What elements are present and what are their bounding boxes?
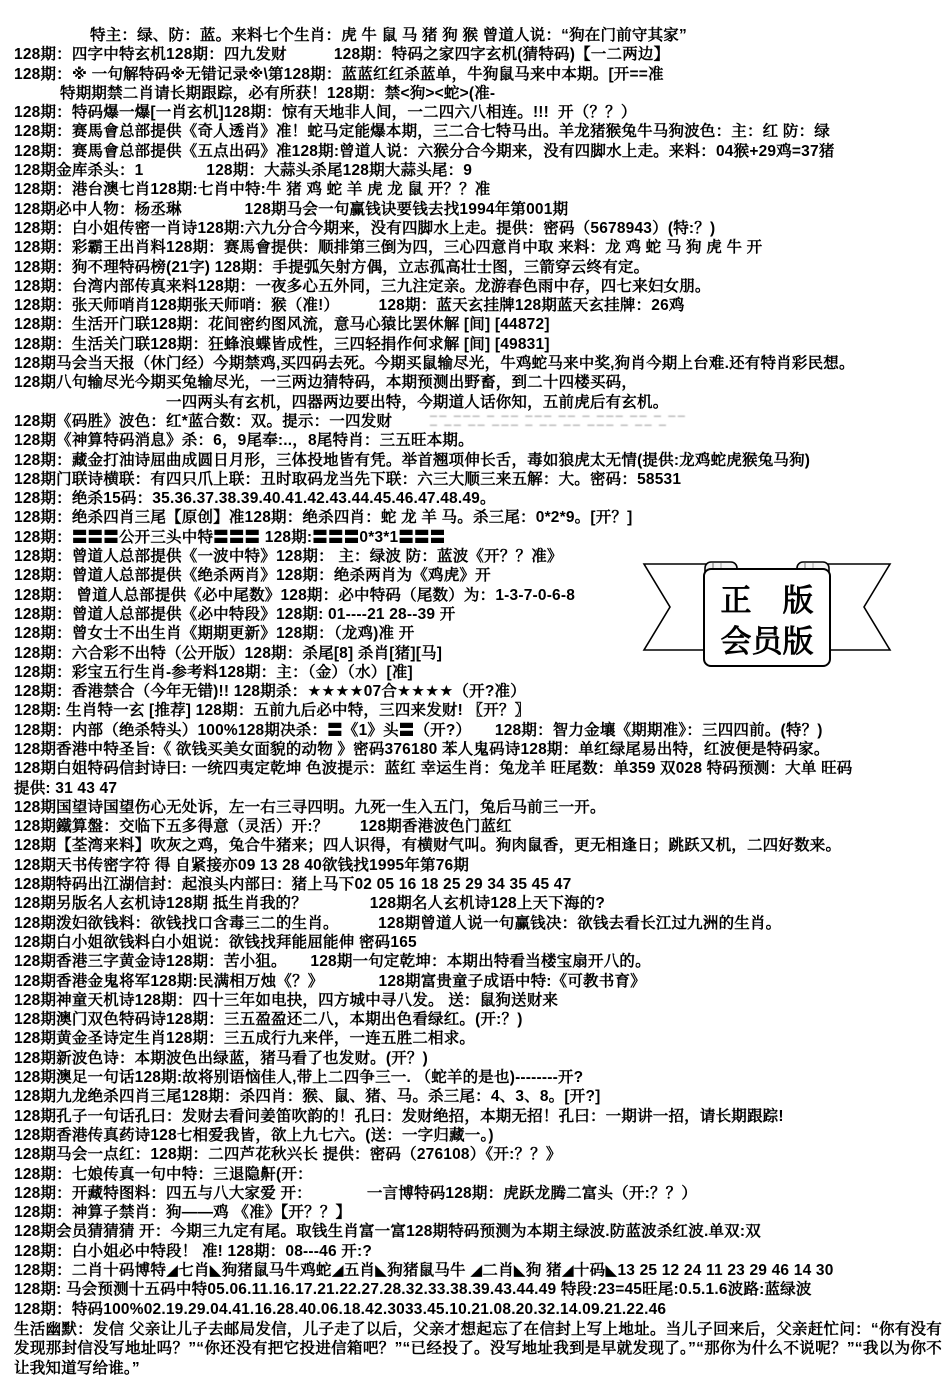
text-line: 128期：狗不理特码榜(21字) 128期：手提弧矢射方偶，立志孤高壮士图，三箭… <box>14 258 947 277</box>
text-line: 128期：香港禁合（今年无错)!! 128期杀：★★★★07合★★★★（开?准） <box>14 682 947 701</box>
text-line: 128期：开藏特图料：四五与八大家爱 开： 一言博特码128期：虎跃龙腾二富头（… <box>14 1184 947 1203</box>
text-line: 特期期禁二肖请长期跟踪，必有所获！128期：禁<狗><蛇>(准- <box>14 84 947 103</box>
text-line: 128期天书传密字符 得 自紧接亦09 13 28 40欲钱找1995年第76期 <box>14 856 947 875</box>
text-line: 128期：内部（绝杀特头）100%128期决杀：〓《1》头〓（开?） 128期：… <box>14 721 947 740</box>
text-line: 128期：四字中特玄机128期：四九发财 128期：特码之家四字玄机(猜特码)【… <box>14 45 947 64</box>
text-line: 128期香港金鬼将军128期:民满相万烛《？》 128期富贵童子成语中特:《可教… <box>14 972 947 991</box>
text-line: 128期特码出江湖信封：起浪头内部曰：猪上马下02 05 16 18 25 29… <box>14 875 947 894</box>
text-line: 128期门联诗横联：有四只爪上联：丑时取码龙当先下联：六三大顺三来五解：大。密码… <box>14 470 947 489</box>
text-line: 128期：白小姐必中特段！ 准! 128期：08---46 开:? <box>14 1242 947 1261</box>
text-line: 128期香港三字黄金诗128期：苦小狙。 128期一句定乾坤：本期出特看当楼宝扇… <box>14 952 947 971</box>
text-line: 128期国望诗国望伤心无处诉，左一右三寻四明。九死一生入五门，兔后马前三一开。 <box>14 798 947 817</box>
text-line: 128期：台湾内部传真来料128期：一夜多心五外同，三九注定亲。龙游春色雨中存，… <box>14 277 947 296</box>
text-line: 128期: 马会预测十五码中特05.06.11.16.17.21.22.27.2… <box>14 1280 947 1299</box>
text-line: 128期：白小姐传密一肖诗128期:六九分合今期来，没有四脚水上走。提供：密码（… <box>14 219 947 238</box>
text-line: 128期：藏金打油诗屈曲成圆日月形，三体投地皆有凭。举首翘项伸长舌，毒如狼虎太无… <box>14 451 947 470</box>
text-line: 128期：生活关门联128期：狂蜂浪蝶皆成性，三四轻捐作何求解 [间] [498… <box>14 335 947 354</box>
text-line: 128期：彩霸王出肖料128期：赛馬會提供：顺排第三倒为四，三心四意肖中取 来料… <box>14 238 947 257</box>
text-line: 128期澳足一句话128期:故将别语恼佳人,带上二四争三一. （蛇羊的是也)--… <box>14 1068 947 1087</box>
text-line: 128期澳门双色特码诗128期：三五盈盈还二八，本期出色看绿红。(开:？) <box>14 1010 947 1029</box>
text-line: 128期：绝杀15码：35.36.37.38.39.40.41.42.43.44… <box>14 489 947 508</box>
text-line: 一四两头有玄机，四器两边要出特，今期道人话你知，五前虎后有玄机。 <box>14 393 947 412</box>
text-line: 128期：绝杀四肖三尾【原创】准128期：绝杀四肖：蛇 龙 羊 马。杀三尾：0*… <box>14 508 947 527</box>
humor-paragraph: 生活幽默：发信 父亲让儿子去邮局发信，儿子走了以后，父亲才想起忘了在信封上写上地… <box>14 1320 942 1379</box>
text-line: 128期新波色诗：本期波色出绿蓝，猪马看了也发财。(开？) <box>14 1049 947 1068</box>
text-line: 128期神童天机诗128期：四十三年如电抉，四方城中寻八发。 送：鼠狗送财来 <box>14 991 947 1010</box>
text-line: 128期八句输尽光今期买兔输尽光，一三两边猜特码，本期预测出野畜，到二十四楼买码… <box>14 373 947 392</box>
text-line: 提供: 31 43 47 <box>14 779 947 798</box>
text-line: 128期九龙绝杀四肖三尾128期：杀四肖：猴、鼠、猪、马。杀三尾：4、3、8。[… <box>14 1087 947 1106</box>
text-line: 128期：七娘传真一句中特：三退隐鼾(开： <box>14 1165 947 1184</box>
text-line: 128期：张天师哨肖128期张天师哨：猴（准!） 128期：蓝天玄挂牌128期蓝… <box>14 296 947 315</box>
text-line: 128期：特码100%02.19.29.04.41.16.28.40.06.18… <box>14 1300 947 1319</box>
censored-strikethrough-artifact: ▔▔ ▔▔▔ ▔ ▔▔ ▔▔▔ ▔▔ ▔ ▔▔▔ ▔▔ ▔ ▔▔ ▔ ▔▔ ▔▔… <box>430 417 687 435</box>
text-line: 128期鐵算盤：交临下五多得意（灵活）开:？ 128期香港波色门蓝红 <box>14 817 947 836</box>
text-line: 128期：港台澳七肖128期:七肖中特:牛 猪 鸡 蛇 羊 虎 龙 鼠 开？？准 <box>14 180 947 199</box>
text-line: 128期马会一点红：128期：二四芦花秋兴长 提供：密码（276108）《开:？… <box>14 1145 947 1164</box>
text-line: 128期：〓〓〓公开三头中特〓〓〓 128期:〓〓〓0*3*1〓〓〓 <box>14 528 947 547</box>
text-line: 128期：赛馬會总部提供《五点出码》准128期:曾道人说：六猴分合今期来，没有四… <box>14 142 947 161</box>
text-line: 128期马会当天报（休门经）今期禁鸡,买四码去死。今期买鼠输尽光，牛鸡蛇马来中奖… <box>14 354 947 373</box>
banner-text-top: 正 版 <box>721 583 814 618</box>
banner-text-bottom: 会员版 <box>721 624 814 659</box>
text-line: 128期：赛馬會总部提供《奇人透肖》准！蛇马定能爆本期，三二合七特马出。羊龙猪猴… <box>14 122 947 141</box>
text-line: 128期白姐特码信封诗曰: 一统四夷定乾坤 色波提示：蓝红 幸运生肖：兔龙羊 旺… <box>14 759 947 778</box>
text-line: 128期：二肖十码博特◢七肖◣狗猪鼠马牛鸡蛇◢五肖◣狗猪鼠马牛 ◢二肖◣狗 猪◢… <box>14 1261 947 1280</box>
genuine-member-edition-banner: 正 版 会员版 <box>641 554 893 674</box>
text-line: 128期：※ 一句解特码※无错记录※\第128期：蓝蓝红红杀蓝单，牛狗鼠马来中本… <box>14 65 947 84</box>
text-line: 特主：绿、防：蓝。来料七个生肖：虎 牛 鼠 马 猪 狗 猴 曾道人说：“狗在门前… <box>14 26 947 45</box>
text-line: 128期香港传真药诗128七相爱我皆，欲上九七六。(送：一字归藏一。) <box>14 1126 947 1145</box>
text-line: 128期：特码爆一爆[一肖玄机]128期：惊有天地非人间，一二四六八相连。!!!… <box>14 103 947 122</box>
text-line: 128期香港中特圣旨:《 欲钱买美女面貌的动物 》密码376180 苯人鬼码诗1… <box>14 740 947 759</box>
text-line: 128期孔子一句话孔曰：发财去看问姜笛吹韵的！孔曰：发财绝招，本期无招！孔曰：一… <box>14 1107 947 1126</box>
text-line: 128期另版名人玄机诗128期 抵生肖我的？ 128期名人玄机诗128上天下海的… <box>14 894 947 913</box>
text-line: 128期会员猜猜猜 开：今期三九定有尾。取钱生肖富一富128期特码预测为本期主绿… <box>14 1222 947 1241</box>
text-line: 128期泼妇欲钱料：欲钱找口含毒三二的生肖。 128期曾道人说一句赢钱决：欲钱去… <box>14 914 947 933</box>
text-line: 128期：神算子禁肖：狗——鸡 《准》【开？？】 <box>14 1203 947 1222</box>
tip-sheet-document: 特主：绿、防：蓝。来料七个生肖：虎 牛 鼠 马 猪 狗 猴 曾道人说：“狗在门前… <box>0 0 949 1379</box>
text-line: 128期：生活开门联128期：花间密约图风流，意马心猿比罢休解 [间] [448… <box>14 315 947 334</box>
text-line: 128期黄金圣诗定生肖128期：三五成行九来伴，一连五胜二相求。 <box>14 1029 947 1048</box>
text-line: 128期: 生肖特一玄 [推荐] 128期：五前九后必中特，三四来发财! 〖开？… <box>14 701 947 720</box>
text-line: 128期【荃湾来料】吹灰之鸡，兔合牛猪来；四人识得，有横财气叫。狗肉鼠香，更无相… <box>14 836 947 855</box>
text-line: 128期必中人物：杨丞琳 128期马会一句赢钱诀要钱去找1994年第001期 <box>14 200 947 219</box>
text-line: 128期金库杀头：1 128期：大蒜头杀尾128期大蒜头尾：9 <box>14 161 947 180</box>
text-line: 128期白小姐欲钱料白小姐说：欲钱找拜能屈能伸 密码165 <box>14 933 947 952</box>
